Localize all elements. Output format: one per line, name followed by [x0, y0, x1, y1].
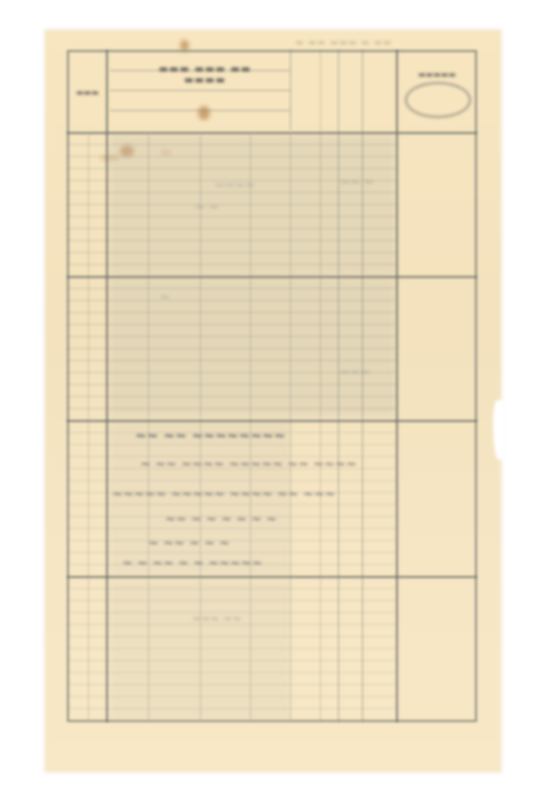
handwriting-s3-6: ~ ~ ~~ ~ ~ ~~~~~ — [122, 556, 262, 571]
ruled-row-line — [67, 288, 396, 289]
col-divider-f — [338, 50, 339, 722]
ruled-row-line — [67, 504, 396, 505]
header-right-label: ▬▬▬▬▬ — [418, 70, 456, 79]
ruled-row-line — [67, 648, 396, 649]
ruled-row-line — [67, 588, 396, 589]
ruled-row-line — [67, 216, 396, 217]
ruled-row-line — [67, 168, 396, 169]
ruled-row-line — [67, 600, 396, 601]
col-divider-title-right — [290, 50, 291, 130]
ruled-row-line — [67, 324, 396, 325]
header-line-3 — [110, 110, 290, 111]
header-left-label: ▬▬▬ — [76, 88, 99, 97]
ruled-row-line — [67, 636, 396, 637]
col-divider-g — [362, 50, 363, 722]
handwriting-s3-1: ~~ ~~ ~~~~~~~~ — [135, 428, 286, 444]
ruled-row-line — [67, 528, 396, 529]
ruled-row-line — [67, 264, 396, 265]
ruled-row-line — [67, 240, 396, 241]
handwriting-s3-3: ~~~~~ ~~~~~ ~~~~ ~~ ~~~ — [112, 487, 336, 502]
ruled-row-line — [67, 384, 396, 385]
ruled-row-line — [67, 312, 396, 313]
col-divider-remarks — [396, 50, 398, 722]
ruled-row-line — [67, 348, 396, 349]
ruled-row-line — [67, 684, 396, 685]
ruled-row-line — [67, 444, 396, 445]
handwriting-s2-1: ~ — [160, 290, 170, 304]
handwriting-s1-1: ~~~~ — [215, 178, 255, 192]
ruled-row-line — [67, 300, 396, 301]
header-bottom-line — [67, 132, 477, 134]
handwriting-s1-2: ~ ~ — [195, 200, 219, 214]
col-divider-d — [290, 135, 291, 720]
handwriting-s4-1: ~~~ ~~ — [192, 612, 242, 625]
handwriting-s1-3: ~~ ~ — [340, 175, 374, 189]
col-divider-row-label — [106, 50, 108, 722]
ruled-row-line — [67, 156, 396, 157]
ruled-row-line — [67, 480, 396, 481]
handwriting-s3-4: ~~ ~ ~ ~ ~ ~ ~ — [165, 512, 277, 527]
form-title: ▬▬▬ ▬▬▬ ▬▬ ▬▬▬▬ — [145, 64, 265, 86]
ruled-row-line — [67, 408, 396, 409]
ruled-row-line — [67, 228, 396, 229]
ruled-row-line — [67, 672, 396, 673]
ruled-row-line — [67, 144, 396, 145]
ruled-row-line — [67, 708, 396, 709]
header-line-2 — [110, 90, 290, 91]
ruled-row-line — [67, 360, 396, 361]
ruled-row-line — [67, 552, 396, 553]
ruled-row-line — [67, 396, 396, 397]
ruled-row-line — [67, 540, 396, 541]
header-line-1 — [110, 70, 290, 71]
row-label-subcol — [88, 135, 89, 720]
handwriting-s2-2: ~~~ — [340, 365, 370, 379]
ruled-row-line — [67, 336, 396, 337]
handwriting-s3-5: ~ ~~ ~ ~ ~ — [148, 536, 230, 551]
ruled-row-line — [67, 696, 396, 697]
ruled-row-line — [67, 192, 396, 193]
col-divider-e — [320, 50, 321, 722]
section-divider-1 — [67, 276, 477, 278]
ruled-row-line — [67, 204, 396, 205]
oval-stamp — [405, 82, 471, 118]
section-divider-3 — [67, 576, 477, 578]
ruled-row-line — [67, 252, 396, 253]
ruled-row-line — [67, 660, 396, 661]
top-right-handwriting: ~ ~~ ~~~ ~ ~~ — [295, 36, 392, 49]
section-divider-2 — [67, 420, 477, 422]
handwriting-s3-2: ~ ~~ ~~~~ ~~~~~ ~~ ~~~~ — [140, 457, 357, 472]
